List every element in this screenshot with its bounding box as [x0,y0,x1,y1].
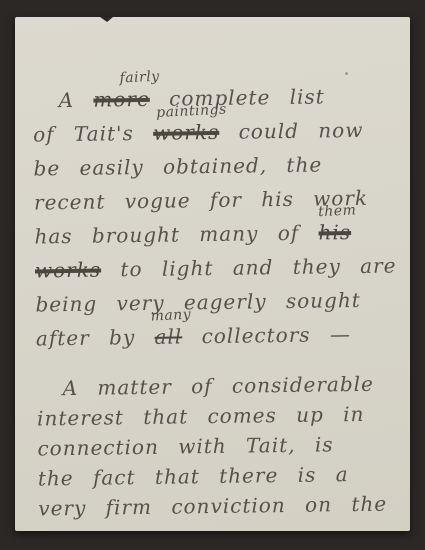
handwritten-line: be easily obtained, the [33,146,394,185]
handwritten-line: of Tait's workspaintings could now [33,112,394,151]
text-segment: the fact that there is a [38,462,349,490]
photo-background: { "scene": { "background_color": "#2b282… [0,0,425,550]
text-segment: very firm conviction on the [38,492,387,521]
paragraph: A matter of considerable interest that c… [36,368,399,523]
text-segment: A matter of considerable [62,372,374,400]
inserted-word: fairly [93,70,160,87]
text-segment: after by [36,325,136,350]
handwritten-line: very firm conviction on the [38,488,399,523]
text-segment: to light and they are [120,253,396,281]
text-segment: of Tait's [33,121,134,146]
inserted-word: paintings [156,103,227,120]
text-segment: A [58,88,74,112]
text-segment: could now [238,118,363,144]
text-segment: connection with Tait, is [37,432,333,460]
text-segment: being very eagerly sought [35,288,361,317]
handwritten-line: has brought many of histhem [34,214,395,253]
text-segment: has brought many of [34,221,299,249]
inserted-word: many [151,308,192,324]
struck-word: allmany [154,324,182,348]
text-segment: interest that comes up in [37,402,365,431]
struck-word: workspaintings [153,120,219,145]
struck-word: histhem [318,220,351,244]
manuscript-page: A morefairly complete list of Tait's wor… [15,17,410,531]
handwritten-line: being very eagerly sought [35,282,396,321]
letter-body: A morefairly complete list of Tait's wor… [12,14,414,523]
paragraph: A morefairly complete list of Tait's wor… [32,78,397,355]
inserted-word: them [318,203,357,219]
handwritten-line: works to light and they are [35,248,396,287]
struck-word: works [35,258,101,283]
text-segment: collectors — [201,322,351,348]
handwritten-line: after by allmany collectors — [36,316,397,355]
struck-word: morefairly [93,87,150,112]
text-segment: be easily obtained, the [33,152,322,180]
